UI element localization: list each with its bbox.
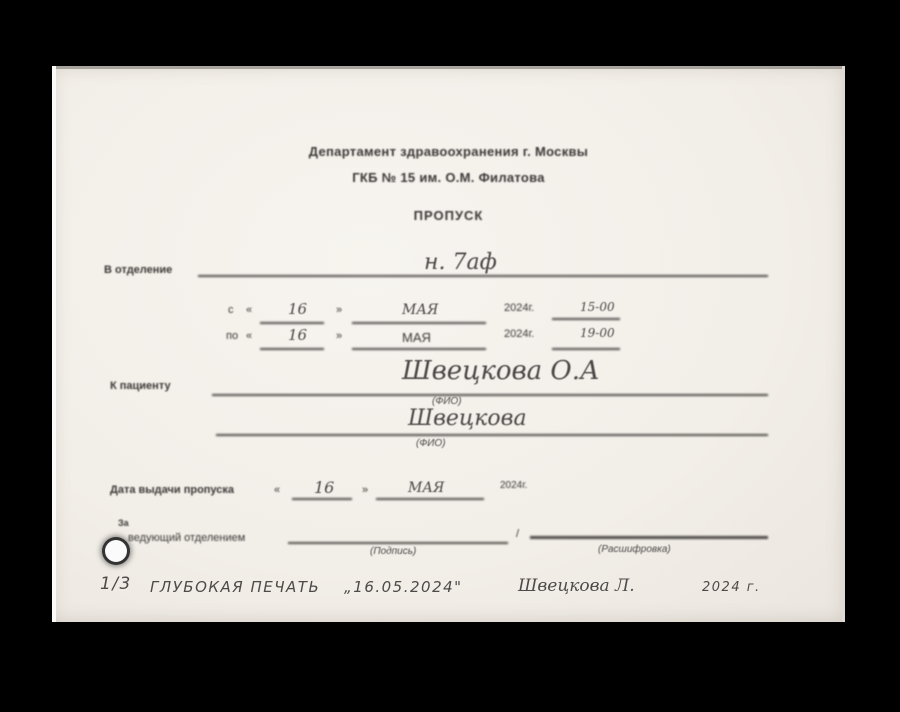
period-to-month-line xyxy=(352,348,486,350)
issue-date-quote-close: » xyxy=(362,484,368,496)
punch-hole xyxy=(105,540,127,562)
issue-date-quote-open: « xyxy=(274,484,280,496)
period-to-quote-open: « xyxy=(246,330,252,342)
period-from-time-line xyxy=(552,318,620,320)
signature-caption: (Подпись) xyxy=(370,546,416,557)
period-to-day-line xyxy=(260,348,324,350)
technique-label: ГЛУБОКАЯ ПЕЧАТЬ xyxy=(150,578,320,596)
work-title: „16.05.2024" xyxy=(344,578,463,596)
header-hospital: ГКБ № 15 им. О.М. Филатова xyxy=(52,170,845,185)
decode-caption: (Расшифровка) xyxy=(598,544,671,555)
signature-separator: / xyxy=(516,528,519,540)
period-from-month-line xyxy=(352,322,486,324)
patient-name-2-caption: (ФИО) xyxy=(416,438,446,449)
period-from-month: МАЯ xyxy=(402,302,438,318)
header-organization: Департамент здравоохранения г. Москвы xyxy=(52,144,845,159)
period-to-prefix: по xyxy=(226,330,238,342)
department-label: В отделение xyxy=(104,264,172,276)
issue-date-month-line xyxy=(376,498,484,500)
paper-edge-top xyxy=(52,66,845,69)
period-from-year: 2024г. xyxy=(504,302,534,314)
period-to-day: 16 xyxy=(288,326,307,344)
period-from-time: 15-00 xyxy=(580,300,615,314)
print-year: 2024 г. xyxy=(702,580,761,595)
department-line xyxy=(198,275,768,277)
issue-date-year: 2024г. xyxy=(500,480,527,491)
patient-name-1-line xyxy=(212,394,768,396)
period-to-year: 2024г. xyxy=(504,328,534,340)
patient-name-1: Швецкова О.А xyxy=(402,356,600,386)
signature-line xyxy=(288,542,508,544)
print-paper: Департамент здравоохранения г. Москвы ГК… xyxy=(52,66,845,622)
period-from-quote-close: » xyxy=(336,304,342,316)
period-from-day: 16 xyxy=(288,300,307,318)
decode-line xyxy=(530,536,768,539)
head-label: ведующий отделением xyxy=(128,532,245,544)
patient-name-2-line xyxy=(216,434,768,436)
department-value: н. 7аф xyxy=(424,250,497,275)
patient-name-2: Швецкова xyxy=(408,406,527,431)
edition-number: 1/3 xyxy=(100,574,132,594)
artist-signature: Швецкова Л. xyxy=(518,576,635,596)
period-from-prefix: с xyxy=(228,304,234,316)
issue-date-label: Дата выдачи пропуска xyxy=(110,484,234,496)
document-title: ПРОПУСК xyxy=(52,208,845,223)
period-to-quote-close: » xyxy=(336,330,342,342)
patient-label: К пациенту xyxy=(110,380,171,392)
period-to-time: 19-00 xyxy=(580,326,615,340)
issue-date-month: МАЯ xyxy=(408,480,444,496)
issue-date-day: 16 xyxy=(314,478,334,497)
period-from-quote-open: « xyxy=(246,304,252,316)
period-from-day-line xyxy=(260,322,324,324)
head-label-prefix: За xyxy=(118,518,129,528)
period-to-time-line xyxy=(552,348,620,350)
period-to-month: МАЯ xyxy=(402,330,431,345)
issue-date-day-line xyxy=(292,498,352,500)
